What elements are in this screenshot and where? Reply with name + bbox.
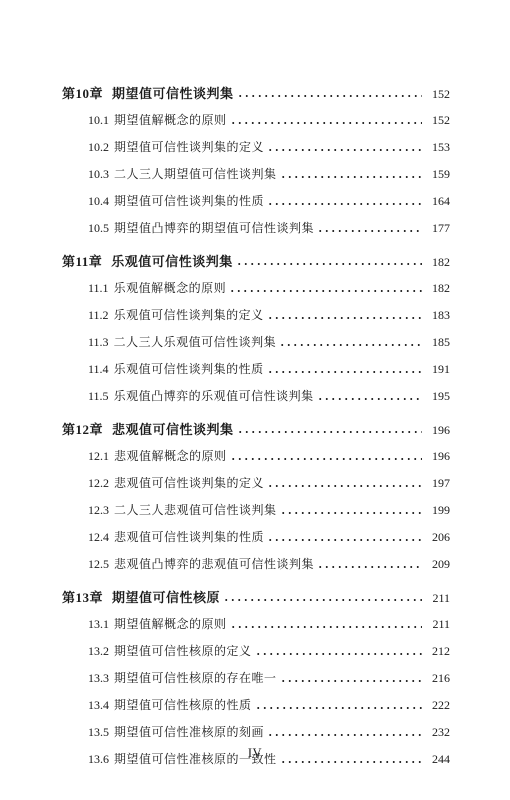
toc-section-row: 12.4 悲观值可信性谈判集的性质 206 bbox=[62, 524, 450, 551]
section-page-number: 222 bbox=[428, 692, 450, 719]
dot-leader bbox=[267, 730, 422, 746]
section-title: 期望值凸博弈的期望值可信性谈判集 bbox=[114, 215, 314, 242]
section-title: 悲观值凸博弈的悲观值可信性谈判集 bbox=[114, 551, 314, 578]
section-title: 期望值解概念的原则 bbox=[114, 611, 227, 638]
toc-section-row: 10.5 期望值凸博弈的期望值可信性谈判集 177 bbox=[62, 215, 450, 242]
section-number-label: 11.1 bbox=[88, 275, 109, 302]
chapter-number-label: 第11章 bbox=[62, 248, 102, 275]
toc-chapter-row: 第11章 乐观值可信性谈判集 182 bbox=[62, 248, 450, 275]
section-number-label: 10.2 bbox=[88, 134, 109, 161]
dot-leader bbox=[255, 649, 422, 665]
section-number-label: 12.2 bbox=[88, 470, 109, 497]
page-number-footer: IV bbox=[0, 746, 510, 761]
section-number-label: 13.3 bbox=[88, 665, 109, 692]
toc-list: 第10章 期望值可信性谈判集 152 10.1 期望值解概念的原则 152 10… bbox=[62, 80, 450, 773]
section-title: 期望值可信性准核原的刻画 bbox=[114, 719, 264, 746]
section-title: 悲观值可信性谈判集的性质 bbox=[114, 524, 264, 551]
section-number-label: 11.5 bbox=[88, 383, 109, 410]
section-number-label: 13.2 bbox=[88, 638, 109, 665]
toc-section-row: 12.2 悲观值可信性谈判集的定义 197 bbox=[62, 470, 450, 497]
section-page-number: 196 bbox=[428, 443, 450, 470]
section-number-label: 10.4 bbox=[88, 188, 109, 215]
toc-section-row: 11.3 二人三人乐观值可信性谈判集 185 bbox=[62, 329, 450, 356]
section-page-number: 164 bbox=[428, 188, 450, 215]
section-number-label: 10.5 bbox=[88, 215, 109, 242]
toc-section-row: 12.3 二人三人悲观值可信性谈判集 199 bbox=[62, 497, 450, 524]
dot-leader bbox=[317, 226, 422, 242]
section-number-label: 10.1 bbox=[88, 107, 109, 134]
section-page-number: 199 bbox=[428, 497, 450, 524]
section-page-number: 159 bbox=[428, 161, 450, 188]
toc-chapter-row: 第10章 期望值可信性谈判集 152 bbox=[62, 80, 450, 107]
section-page-number: 216 bbox=[428, 665, 450, 692]
dot-leader bbox=[236, 259, 422, 275]
section-page-number: 153 bbox=[428, 134, 450, 161]
toc-section-row: 11.4 乐观值可信性谈判集的性质 191 bbox=[62, 356, 450, 383]
chapter-title: 悲观值可信性谈判集 bbox=[112, 416, 234, 443]
section-page-number: 211 bbox=[428, 611, 450, 638]
dot-leader bbox=[280, 172, 422, 188]
section-page-number: 232 bbox=[428, 719, 450, 746]
section-page-number: 195 bbox=[428, 383, 450, 410]
section-title: 乐观值凸博弈的乐观值可信性谈判集 bbox=[114, 383, 314, 410]
section-number-label: 12.1 bbox=[88, 443, 109, 470]
toc-section-row: 10.4 期望值可信性谈判集的性质 164 bbox=[62, 188, 450, 215]
toc-section-row: 11.2 乐观值可信性谈判集的定义 183 bbox=[62, 302, 450, 329]
section-page-number: 209 bbox=[428, 551, 450, 578]
toc-chapter-row: 第12章 悲观值可信性谈判集 196 bbox=[62, 416, 450, 443]
toc-page: 第10章 期望值可信性谈判集 152 10.1 期望值解概念的原则 152 10… bbox=[0, 0, 510, 800]
section-number-label: 13.5 bbox=[88, 719, 109, 746]
section-title: 乐观值可信性谈判集的定义 bbox=[114, 302, 264, 329]
section-page-number: 197 bbox=[428, 470, 450, 497]
section-number-label: 11.2 bbox=[88, 302, 109, 329]
dot-leader bbox=[255, 703, 422, 719]
toc-section-row: 10.3 二人三人期望值可信性谈判集 159 bbox=[62, 161, 450, 188]
dot-leader bbox=[267, 199, 422, 215]
dot-leader bbox=[267, 535, 422, 551]
dot-leader bbox=[223, 595, 422, 611]
dot-leader bbox=[267, 145, 422, 161]
section-page-number: 185 bbox=[428, 329, 450, 356]
section-page-number: 183 bbox=[428, 302, 450, 329]
dot-leader bbox=[267, 313, 422, 329]
chapter-page-number: 152 bbox=[428, 81, 450, 108]
section-title: 期望值可信性核原的存在唯一 bbox=[114, 665, 277, 692]
section-title: 乐观值可信性谈判集的性质 bbox=[114, 356, 264, 383]
section-page-number: 212 bbox=[428, 638, 450, 665]
section-title: 期望值可信性核原的定义 bbox=[114, 638, 252, 665]
chapter-number-label: 第13章 bbox=[62, 584, 103, 611]
section-number-label: 11.4 bbox=[88, 356, 109, 383]
dot-leader bbox=[230, 454, 422, 470]
dot-leader bbox=[237, 91, 422, 107]
toc-section-row: 13.2 期望值可信性核原的定义 212 bbox=[62, 638, 450, 665]
dot-leader bbox=[229, 286, 422, 302]
dot-leader bbox=[267, 481, 422, 497]
toc-section-row: 11.5 乐观值凸博弈的乐观值可信性谈判集 195 bbox=[62, 383, 450, 410]
section-page-number: 191 bbox=[428, 356, 450, 383]
section-page-number: 152 bbox=[428, 107, 450, 134]
dot-leader bbox=[280, 676, 422, 692]
section-number-label: 12.5 bbox=[88, 551, 109, 578]
section-page-number: 206 bbox=[428, 524, 450, 551]
chapter-page-number: 182 bbox=[428, 249, 450, 276]
toc-section-row: 10.2 期望值可信性谈判集的定义 153 bbox=[62, 134, 450, 161]
section-title: 二人三人乐观值可信性谈判集 bbox=[114, 329, 277, 356]
toc-section-row: 13.1 期望值解概念的原则 211 bbox=[62, 611, 450, 638]
section-number-label: 10.3 bbox=[88, 161, 109, 188]
section-title: 期望值可信性核原的性质 bbox=[114, 692, 252, 719]
dot-leader bbox=[267, 367, 422, 383]
section-number-label: 11.3 bbox=[88, 329, 109, 356]
chapter-number-label: 第10章 bbox=[62, 80, 103, 107]
section-number-label: 12.3 bbox=[88, 497, 109, 524]
chapter-page-number: 211 bbox=[428, 585, 450, 612]
toc-section-row: 12.5 悲观值凸博弈的悲观值可信性谈判集 209 bbox=[62, 551, 450, 578]
chapter-page-number: 196 bbox=[428, 417, 450, 444]
chapter-title: 期望值可信性谈判集 bbox=[112, 80, 234, 107]
dot-leader bbox=[280, 508, 422, 524]
toc-section-row: 10.1 期望值解概念的原则 152 bbox=[62, 107, 450, 134]
chapter-title: 期望值可信性核原 bbox=[112, 584, 220, 611]
dot-leader bbox=[317, 562, 422, 578]
toc-section-row: 13.4 期望值可信性核原的性质 222 bbox=[62, 692, 450, 719]
section-title: 悲观值可信性谈判集的定义 bbox=[114, 470, 264, 497]
chapter-title: 乐观值可信性谈判集 bbox=[111, 248, 233, 275]
dot-leader bbox=[230, 622, 422, 638]
dot-leader bbox=[237, 427, 422, 443]
toc-section-row: 12.1 悲观值解概念的原则 196 bbox=[62, 443, 450, 470]
section-title: 期望值可信性谈判集的性质 bbox=[114, 188, 264, 215]
section-title: 二人三人悲观值可信性谈判集 bbox=[114, 497, 277, 524]
toc-section-row: 13.3 期望值可信性核原的存在唯一 216 bbox=[62, 665, 450, 692]
section-title: 乐观值解概念的原则 bbox=[114, 275, 227, 302]
section-number-label: 13.1 bbox=[88, 611, 109, 638]
section-title: 悲观值解概念的原则 bbox=[114, 443, 227, 470]
dot-leader bbox=[230, 118, 422, 134]
section-page-number: 182 bbox=[428, 275, 450, 302]
section-number-label: 12.4 bbox=[88, 524, 109, 551]
section-title: 期望值解概念的原则 bbox=[114, 107, 227, 134]
toc-chapter-row: 第13章 期望值可信性核原 211 bbox=[62, 584, 450, 611]
toc-section-row: 13.5 期望值可信性准核原的刻画 232 bbox=[62, 719, 450, 746]
dot-leader bbox=[317, 394, 422, 410]
chapter-number-label: 第12章 bbox=[62, 416, 103, 443]
toc-section-row: 11.1 乐观值解概念的原则 182 bbox=[62, 275, 450, 302]
dot-leader bbox=[279, 340, 422, 356]
section-number-label: 13.4 bbox=[88, 692, 109, 719]
section-title: 期望值可信性谈判集的定义 bbox=[114, 134, 264, 161]
section-page-number: 177 bbox=[428, 215, 450, 242]
section-title: 二人三人期望值可信性谈判集 bbox=[114, 161, 277, 188]
